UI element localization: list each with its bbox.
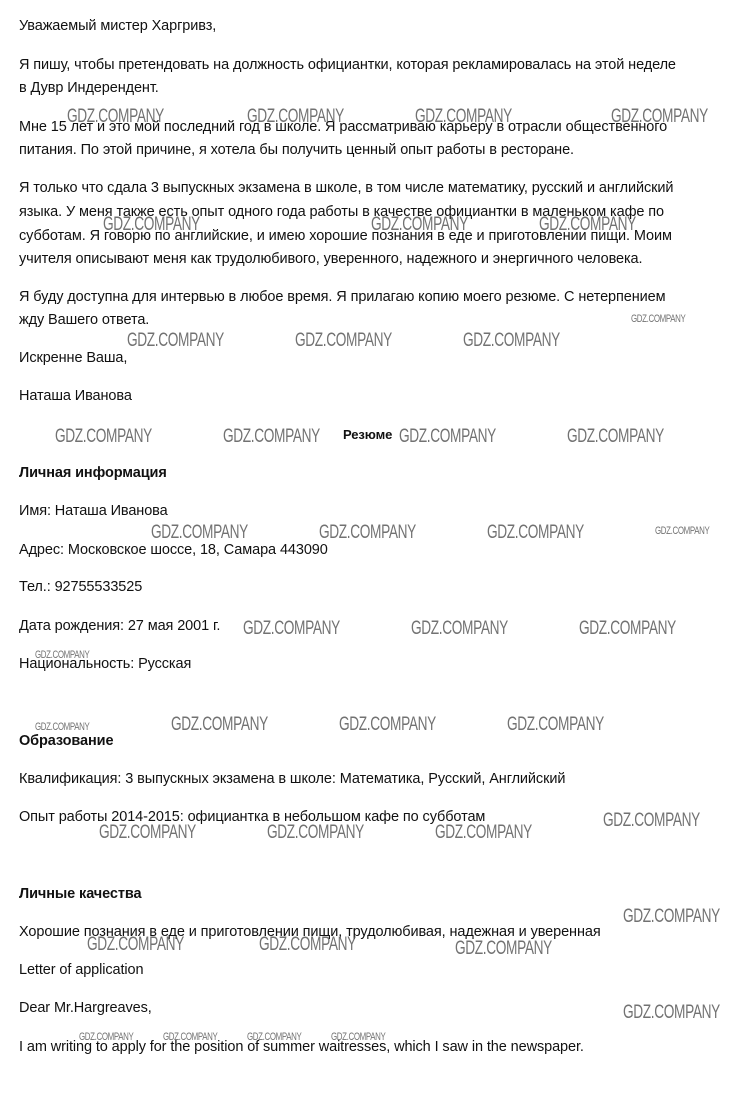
watermark: GDZ.COMPANY	[87, 935, 184, 955]
resume-birthdate: Дата рождения: 27 мая 2001 г.	[19, 617, 220, 635]
watermark: GDZ.COMPANY	[267, 823, 364, 843]
watermark: GDZ.COMPANY	[35, 721, 89, 733]
watermark: GDZ.COMPANY	[151, 523, 248, 543]
resume-experience: Опыт работы 2014-2015: официантка в небо…	[19, 808, 485, 826]
watermark: GDZ.COMPANY	[399, 427, 496, 447]
letter-paragraph-4-line-2: жду Вашего ответа.	[19, 311, 149, 329]
watermark: GDZ.COMPANY	[99, 823, 196, 843]
letter-signature: Наташа Иванова	[19, 387, 132, 405]
education-heading: Образование	[19, 732, 113, 750]
english-letter-greeting: Dear Mr.Hargreaves,	[19, 999, 152, 1017]
letter-greeting: Уважаемый мистер Харгривз,	[19, 17, 216, 35]
watermark: GDZ.COMPANY	[623, 1003, 720, 1023]
letter-paragraph-3-line-1: Я только что сдала 3 выпускных экзамена …	[19, 179, 673, 197]
watermark: GDZ.COMPANY	[435, 823, 532, 843]
watermark: GDZ.COMPANY	[507, 715, 604, 735]
watermark: GDZ.COMPANY	[171, 715, 268, 735]
watermark: GDZ.COMPANY	[67, 107, 164, 127]
watermark: GDZ.COMPANY	[223, 427, 320, 447]
watermark: GDZ.COMPANY	[539, 215, 636, 235]
watermark: GDZ.COMPANY	[463, 331, 560, 351]
watermark: GDZ.COMPANY	[655, 525, 709, 537]
watermark: GDZ.COMPANY	[127, 331, 224, 351]
watermark: GDZ.COMPANY	[611, 107, 708, 127]
watermark: GDZ.COMPANY	[339, 715, 436, 735]
resume-name: Имя: Наташа Иванова	[19, 502, 168, 520]
watermark: GDZ.COMPANY	[567, 427, 664, 447]
letter-paragraph-3-line-4: учителя описывают меня как трудолюбивого…	[19, 250, 642, 268]
watermark: GDZ.COMPANY	[103, 215, 200, 235]
watermark: GDZ.COMPANY	[603, 811, 700, 831]
watermark: GDZ.COMPANY	[79, 1031, 133, 1043]
watermark: GDZ.COMPANY	[243, 619, 340, 639]
watermark: GDZ.COMPANY	[331, 1031, 385, 1043]
personal-info-heading: Личная информация	[19, 464, 167, 482]
letter-paragraph-2-line-2: питания. По этой причине, я хотела бы по…	[19, 141, 574, 159]
letter-paragraph-4-line-1: Я буду доступна для интервью в любое вре…	[19, 288, 665, 306]
english-letter-title: Letter of application	[19, 961, 143, 979]
watermark: GDZ.COMPANY	[259, 935, 356, 955]
watermark: GDZ.COMPANY	[163, 1031, 217, 1043]
watermark: GDZ.COMPANY	[35, 649, 89, 661]
watermark: GDZ.COMPANY	[319, 523, 416, 543]
watermark: GDZ.COMPANY	[295, 331, 392, 351]
letter-closing: Искренне Ваша,	[19, 349, 127, 367]
resume-qualification: Квалификация: 3 выпускных экзамена в шко…	[19, 770, 565, 788]
resume-address: Адрес: Московское шоссе, 18, Самара 4430…	[19, 541, 328, 559]
watermark: GDZ.COMPANY	[415, 107, 512, 127]
watermark: GDZ.COMPANY	[579, 619, 676, 639]
resume-phone: Тел.: 92755533525	[19, 578, 142, 596]
watermark: GDZ.COMPANY	[455, 939, 552, 959]
watermark: GDZ.COMPANY	[371, 215, 468, 235]
letter-paragraph-1-line-2: в Дувр Индерендент.	[19, 79, 159, 97]
watermark: GDZ.COMPANY	[631, 313, 685, 325]
resume-title: Резюме	[343, 426, 392, 444]
watermark: GDZ.COMPANY	[487, 523, 584, 543]
letter-paragraph-1-line-1: Я пишу, чтобы претендовать на должность …	[19, 56, 676, 74]
personal-qualities-heading: Личные качества	[19, 885, 141, 903]
watermark: GDZ.COMPANY	[411, 619, 508, 639]
watermark: GDZ.COMPANY	[623, 907, 720, 927]
watermark: GDZ.COMPANY	[247, 1031, 301, 1043]
watermark: GDZ.COMPANY	[55, 427, 152, 447]
watermark: GDZ.COMPANY	[247, 107, 344, 127]
